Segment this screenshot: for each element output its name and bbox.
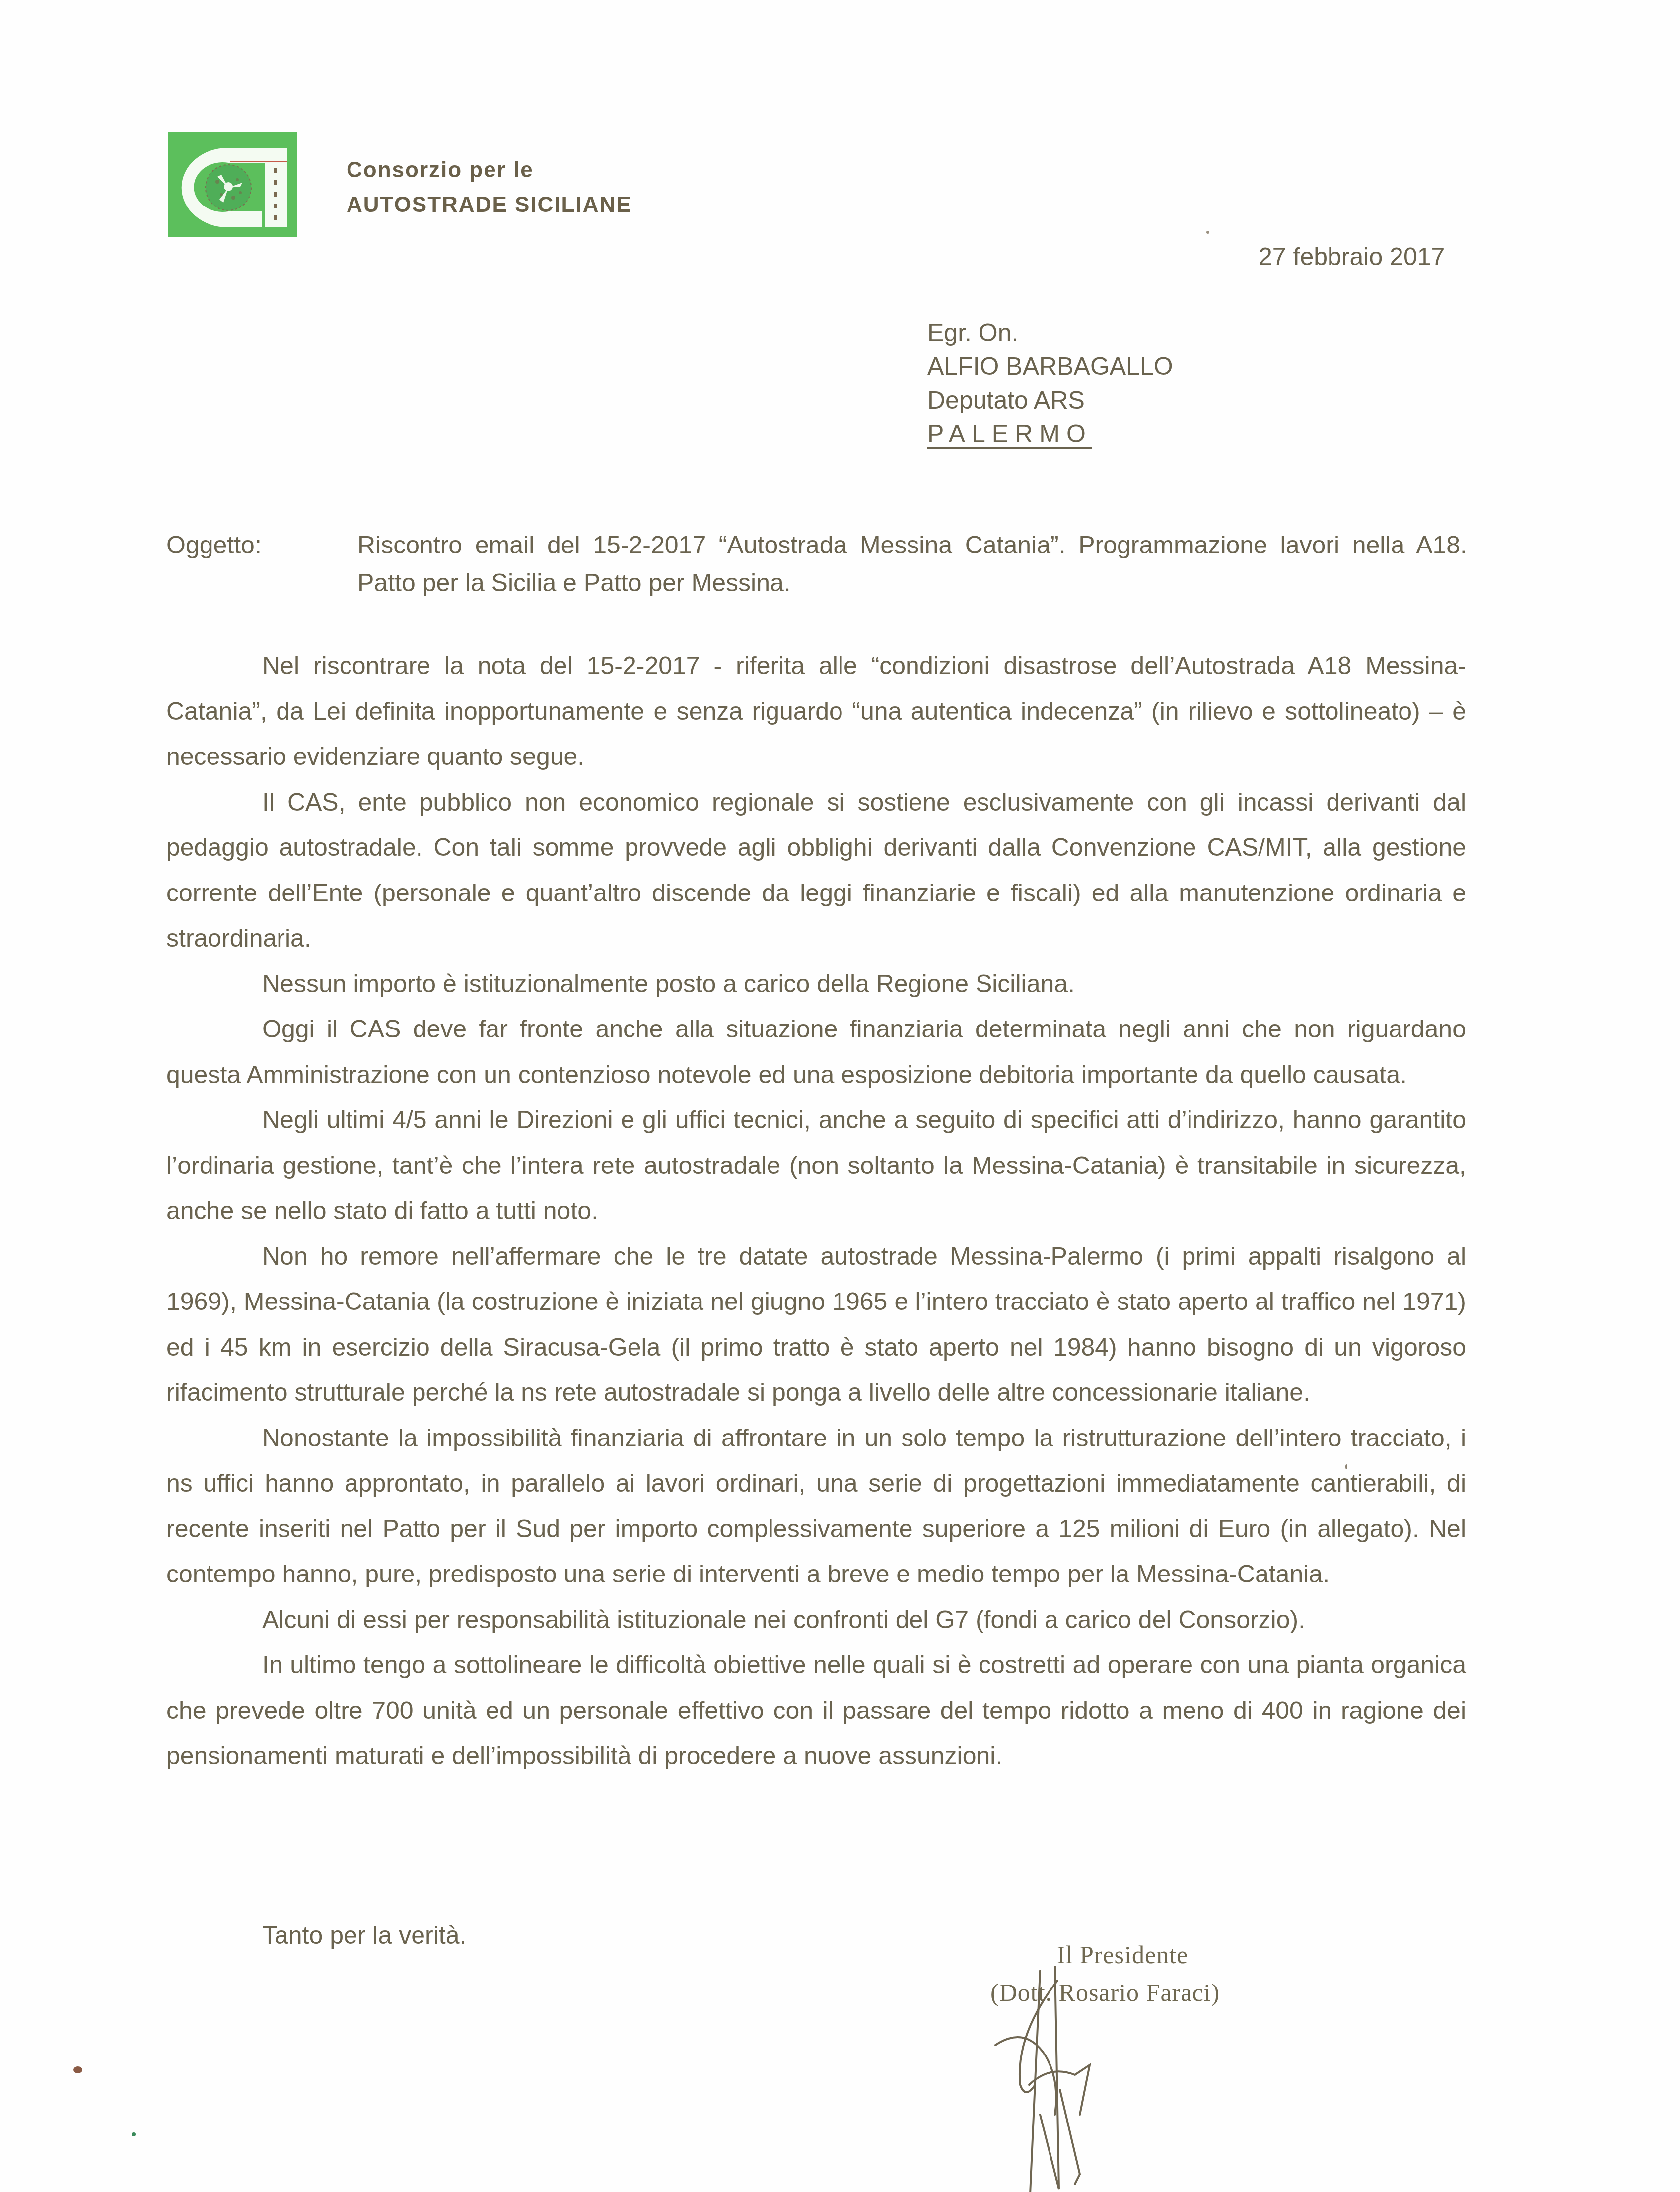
subject-label: Oggetto: — [166, 526, 357, 602]
body-paragraph: Nonostante la impossibilità finanziaria … — [166, 1416, 1466, 1597]
letter-page: Consorzio per le AUTOSTRADE SICILIANE 27… — [0, 0, 1680, 2192]
body-paragraph: Nessun importo è istituzionalmente posto… — [166, 961, 1466, 1007]
recipient-role: Deputato ARS — [927, 383, 1173, 417]
recipient-name: ALFIO BARBAGALLO — [927, 349, 1173, 383]
body-paragraph: Alcuni di essi per responsabilità istitu… — [166, 1597, 1466, 1643]
body-paragraph: Nel riscontrare la nota del 15-2-2017 - … — [166, 643, 1466, 780]
recipient-city: PALERMO — [927, 417, 1173, 451]
org-name-line2: AUTOSTRADE SICILIANE — [347, 188, 632, 222]
scan-speck — [73, 2066, 82, 2073]
recipient-block: Egr. On. ALFIO BARBAGALLO Deputato ARS P… — [927, 316, 1173, 451]
scan-speck — [132, 2132, 136, 2136]
subject-text: Riscontro email del 15-2-2017 “Autostrad… — [357, 526, 1467, 602]
closing-line: Tanto per la verità. — [262, 1921, 466, 1950]
subject-block: Oggetto: Riscontro email del 15-2-2017 “… — [166, 526, 1467, 602]
org-name-line1: Consorzio per le — [347, 153, 632, 188]
letterhead: Consorzio per le AUTOSTRADE SICILIANE — [168, 132, 632, 237]
scan-speck — [1345, 1464, 1347, 1469]
body-paragraph: In ultimo tengo a sottolineare le diffic… — [166, 1643, 1466, 1779]
body-paragraph: Oggi il CAS deve far fronte anche alla s… — [166, 1007, 1466, 1097]
recipient-salutation: Egr. On. — [927, 316, 1173, 349]
letter-date: 27 febbraio 2017 — [1259, 242, 1445, 271]
body-paragraph: Non ho remore nell’affermare che le tre … — [166, 1234, 1466, 1416]
organization-name: Consorzio per le AUTOSTRADE SICILIANE — [347, 153, 632, 222]
body-paragraph: Negli ultimi 4/5 anni le Direzioni e gli… — [166, 1097, 1466, 1234]
letter-body: Nel riscontrare la nota del 15-2-2017 - … — [166, 643, 1466, 1779]
handwritten-signature-icon — [985, 1966, 1164, 2192]
cas-logo-icon — [168, 132, 297, 237]
scan-speck — [1206, 231, 1209, 234]
body-paragraph: Il CAS, ente pubblico non economico regi… — [166, 780, 1466, 961]
